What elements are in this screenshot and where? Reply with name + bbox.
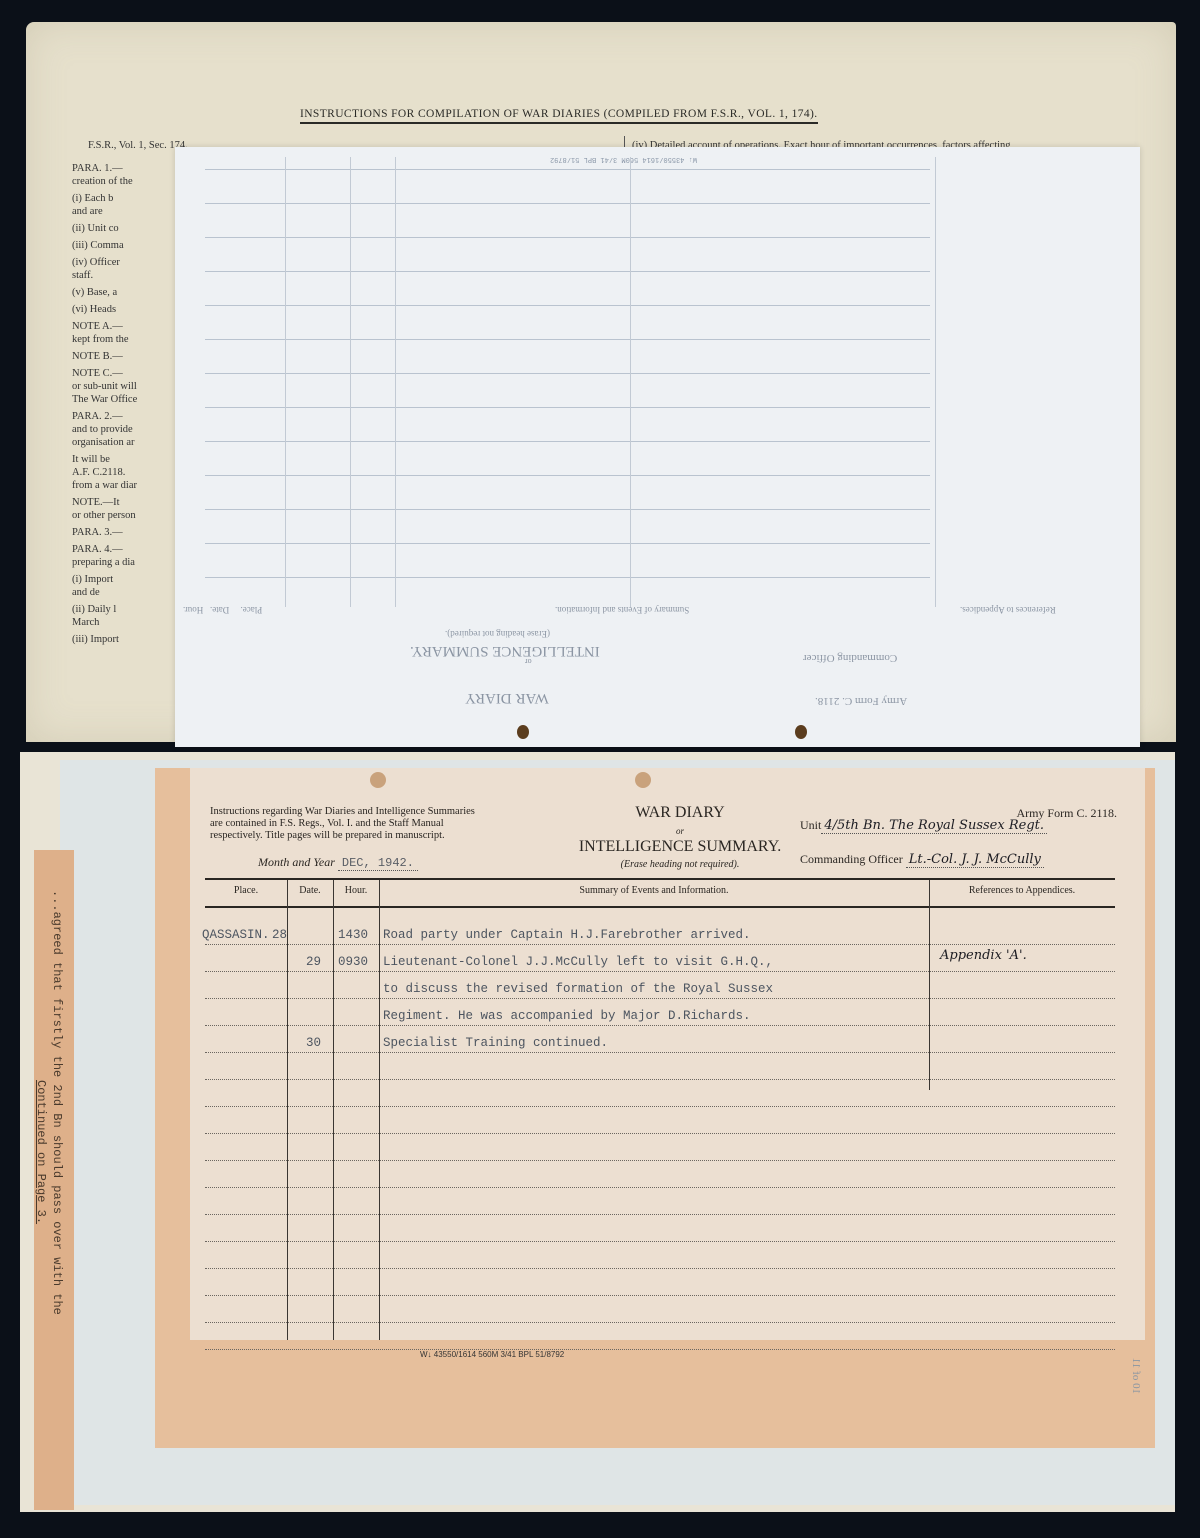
erase-note: (Erase heading not required). (570, 859, 790, 870)
unit-value: 4/5th Bn. The Royal Sussex Regt. (821, 818, 1047, 834)
form-row-line (205, 1214, 1115, 1215)
form-row-line (205, 1268, 1115, 1269)
entry-text: Regiment. He was accompanied by Major D.… (383, 1009, 751, 1023)
instruction-line: and to provide (72, 423, 182, 436)
instruction-line: (iv) Officer (72, 256, 182, 269)
mirrored-row-line (205, 305, 930, 306)
mirrored-row-line (205, 271, 930, 272)
month-year-field: Month and Year DEC, 1942. (258, 855, 418, 870)
entry-hour: 0930 (338, 955, 368, 969)
entry-text: Lieutenant-Colonel J.J.McCully left to v… (383, 955, 773, 969)
unit-field: Unit4/5th Bn. The Royal Sussex Regt. (800, 818, 1047, 833)
mirrored-row-line (205, 339, 930, 340)
instruction-line: organisation ar (72, 436, 182, 449)
instruction-line: A.F. C.2118. (72, 466, 182, 479)
fsr-reference: F.S.R., Vol. 1, Sec. 174. (88, 140, 188, 151)
strip-typed-text: ...agreed that firstly the 2nd Bn should… (50, 890, 64, 1510)
mirrored-co-label: Commanding Officer (803, 652, 897, 664)
col-divider (929, 880, 930, 1090)
punch-hole (635, 772, 651, 788)
mirrored-row-line (205, 169, 930, 170)
unit-label: Unit (800, 818, 821, 832)
instructions-left-column: PARA. 1.—creation of the(i) Each band ar… (72, 158, 182, 646)
instruction-line: NOTE B.— (72, 350, 182, 363)
form-row-line (205, 1187, 1115, 1188)
instruction-line: or other person (72, 509, 182, 522)
mirrored-ref-header: References to Appendices. (960, 605, 1056, 615)
instruction-line: The War Office (72, 393, 182, 406)
instruction-line: (v) Base, a (72, 286, 182, 299)
instructions-title: INSTRUCTIONS FOR COMPILATION OF WAR DIAR… (300, 108, 818, 124)
form-row-line (205, 1160, 1115, 1161)
form-instructions: Instructions regarding War Diaries and I… (210, 806, 480, 842)
entry-text: Specialist Training continued. (383, 1036, 608, 1050)
instruction-line: (iii) Comma (72, 239, 182, 252)
instruction-line: PARA. 1.— (72, 162, 182, 175)
mirrored-row-line (205, 407, 930, 408)
header-bottom-rule (205, 906, 1115, 908)
mirrored-col-line (935, 157, 936, 607)
entry-date: 30 (306, 1036, 321, 1050)
entry-date: 28 (272, 928, 287, 942)
corner-page-note: 10 of 11 (1130, 1358, 1142, 1394)
form-or: or (580, 826, 780, 836)
form-row-line (205, 971, 1115, 972)
col-header-references: References to Appendices. (929, 885, 1115, 896)
mirrored-army-form: Army Form C. 2118. (815, 695, 907, 707)
instruction-line: staff. (72, 269, 182, 282)
form-row-line (205, 1106, 1115, 1107)
instruction-line: NOTE C.— (72, 367, 182, 380)
form-row-line (205, 1079, 1115, 1080)
month-year-label: Month and Year (258, 855, 335, 869)
instruction-line: (i) Each b (72, 192, 182, 205)
form-row-line (205, 1322, 1115, 1323)
instruction-line: from a war diar (72, 479, 182, 492)
form-row-line (205, 1349, 1115, 1350)
instruction-line: PARA. 2.— (72, 410, 182, 423)
mirrored-erase-note: (Erase heading not required). (445, 629, 550, 639)
col-divider (379, 880, 380, 1340)
col-header-hour: Hour. (333, 885, 379, 896)
instruction-line: March (72, 616, 182, 629)
co-label: Commanding Officer (800, 852, 903, 866)
form-row-line (205, 1052, 1115, 1053)
mirrored-war-diary-sheet: WAR DIARY or INTELLIGENCE SUMMARY. (Eras… (175, 147, 1140, 747)
appendix-reference: Appendix 'A'. (940, 948, 1027, 963)
instruction-line: (ii) Daily l (72, 603, 182, 616)
instruction-line: or sub-unit will (72, 380, 182, 393)
instruction-line: and are (72, 205, 182, 218)
mirrored-col-line (350, 157, 351, 607)
instruction-line: creation of the (72, 175, 182, 188)
printer-code: W↓ 43550/1614 560M 3/41 BPL 51/8792 (420, 1350, 564, 1359)
form-row-line (205, 944, 1115, 945)
form-row-line (205, 1025, 1115, 1026)
co-value: Lt.-Col. J. J. McCully (906, 852, 1044, 868)
mirrored-col-line (630, 157, 631, 607)
month-year-value: DEC, 1942. (338, 856, 418, 871)
mirrored-row-line (205, 373, 930, 374)
header-rule (205, 878, 1115, 880)
entry-place: QASSASIN. (202, 928, 270, 942)
punch-hole (370, 772, 386, 788)
form-row-line (205, 1295, 1115, 1296)
form-title: WAR DIARY (580, 804, 780, 822)
mirrored-col-line (395, 157, 396, 607)
mirrored-title: WAR DIARY (465, 689, 549, 706)
col-header-summary: Summary of Events and Information. (379, 885, 929, 896)
col-header-date: Date. (287, 885, 333, 896)
col-header-place: Place. (205, 885, 287, 896)
mirrored-row-line (205, 441, 930, 442)
instruction-line: (ii) Unit co (72, 222, 182, 235)
mirrored-row-line (205, 203, 930, 204)
instruction-line: PARA. 4.— (72, 543, 182, 556)
commanding-officer-field: Commanding Officer Lt.-Col. J. J. McCull… (800, 852, 1044, 867)
mirrored-row-line (205, 475, 930, 476)
mirrored-header-labels: Place. Date. Hour. (183, 605, 262, 615)
punch-hole (795, 725, 807, 739)
instruction-line: NOTE A.— (72, 320, 182, 333)
instruction-line: preparing a dia (72, 556, 182, 569)
form-row-line (205, 1241, 1115, 1242)
instruction-line: and de (72, 586, 182, 599)
war-diary-form: Instructions regarding War Diaries and I… (190, 768, 1145, 1340)
instruction-line: (i) Import (72, 573, 182, 586)
instruction-line: kept from the (72, 333, 182, 346)
form-subtitle: INTELLIGENCE SUMMARY. (520, 838, 840, 856)
entry-date: 29 (306, 955, 321, 969)
mirrored-summary-header: Summary of Events and Information. (555, 605, 689, 615)
mirrored-row-line (205, 543, 930, 544)
mirrored-row-line (205, 577, 930, 578)
entry-text: to discuss the revised formation of the … (383, 982, 773, 996)
instruction-line: NOTE.—It (72, 496, 182, 509)
instruction-line: It will be (72, 453, 182, 466)
mirrored-row-line (205, 509, 930, 510)
form-row-line (205, 1133, 1115, 1134)
strip-continued-text: Continued on Page 3. (34, 1080, 48, 1224)
entry-hour: 1430 (338, 928, 368, 942)
mirrored-printer-code: W↓ 43550/1614 560M 3/41 BPL 51/8792 (550, 155, 697, 163)
mirrored-subtitle: INTELLIGENCE SUMMARY. (410, 642, 600, 659)
col-divider (333, 880, 334, 1340)
form-row-line (205, 998, 1115, 999)
punch-hole (517, 725, 529, 739)
mirrored-row-line (205, 237, 930, 238)
entry-text: Road party under Captain H.J.Farebrother… (383, 928, 751, 942)
instruction-line: (vi) Heads (72, 303, 182, 316)
instruction-line: PARA. 3.— (72, 526, 182, 539)
col-divider (287, 880, 288, 1340)
instruction-line: (iii) Import (72, 633, 182, 646)
mirrored-col-line (285, 157, 286, 607)
